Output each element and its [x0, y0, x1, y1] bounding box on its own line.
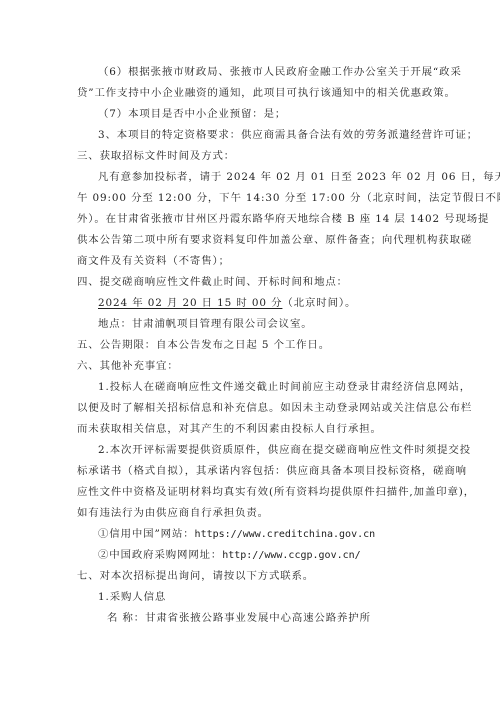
section-heading-3: 三、获取招标文件时间及方式： [77, 146, 439, 167]
paragraph-line: 而未获取相关信息，对其产生的不利因素由投标人自行承担。 [77, 419, 439, 440]
location-line: 地点：甘肃浦帆项目管理有限公司会议室。 [77, 314, 439, 335]
paragraph-line: 2.本次开评标需要提供资质原件，供应商在提交磋商响应性文件时须提交投 [77, 440, 439, 461]
ccgp-label: ②中国政府采购网网址： [98, 549, 222, 561]
paragraph-line: 3、本项目的特定资格要求：供应商需具备合法有效的劳务派遣经营许可证； [77, 125, 439, 146]
deadline-line: 2024 年 02 月 20 日 15 时 00 分（北京时间）。 [77, 293, 439, 314]
ccgp-line: ②中国政府采购网网址：http://www.ccgp.gov.cn/ [77, 545, 439, 566]
document-page: （6）根据张掖市财政局、张掖市人民政府金融工作办公室关于开展“政采 贷”工作支持… [0, 0, 500, 706]
paragraph-line: 如有违法行为由供应商自行承担负责。 [77, 503, 439, 524]
section-heading-7: 七、对本次招标提出询问，请按以下方式联系。 [77, 566, 439, 587]
paragraph-line: 凡有意参加投标者，请于 2024 年 02 月 01 日至 2023 年 02 … [77, 167, 439, 188]
paragraph-line: 应性文件中资格及证明材料均真实有效(所有资料均提供原件扫描件,加盖印章)， [77, 482, 439, 503]
paragraph-line: （6）根据张掖市财政局、张掖市人民政府金融工作办公室关于开展“政采 [77, 62, 439, 83]
paragraph-line: 1.投标人在磋商响应性文件递交截止时间前应主动登录甘肃经济信息网站， [77, 377, 439, 398]
paragraph-line: （7）本项目是否中小企业预留：是； [77, 104, 439, 125]
section-heading-4: 四、提交磋商响应性文件截止时间、开标时间和地点： [77, 272, 439, 293]
paragraph-line: 午 09:00 分至 12:00 分，下午 14:30 分至 17:00 分（北… [77, 188, 439, 209]
section-heading-6: 六、其他补充事宜： [77, 356, 439, 377]
purchaser-info-heading: 1.采购人信息 [77, 587, 439, 608]
paragraph-line: 贷”工作支持中小企业融资的通知，此项目可执行该通知中的相关优惠政策。 [77, 83, 439, 104]
creditchina-line: ①信用中国”网站：https://www.creditchina.gov.cn [77, 524, 439, 545]
paragraph-line: 供本公告第二项中所有要求资料复印件加盖公章、原件备查；向代理机构获取磋 [77, 230, 439, 251]
deadline-datetime: 2024 年 02 月 20 日 15 时 00 分 [98, 297, 282, 309]
ccgp-url[interactable]: http://www.ccgp.gov.cn/ [222, 550, 360, 561]
paragraph-line: 以便及时了解相关招标信息和补充信息。如因未主动登录网站或关注信息公布栏 [77, 398, 439, 419]
deadline-timezone: （北京时间）。 [282, 297, 356, 309]
document-body: （6）根据张掖市财政局、张掖市人民政府金融工作办公室关于开展“政采 贷”工作支持… [77, 62, 439, 629]
creditchina-label: ①信用中国”网站： [98, 528, 195, 540]
section-heading-5: 五、公告期限：自本公告发布之日起 5 个工作日。 [77, 335, 439, 356]
purchaser-name: 名 称：甘肃省张掖公路事业发展中心高速公路养护所 [77, 608, 439, 629]
paragraph-line: 标承诺书（格式自拟），其承诺内容包括：供应商具备本项目投标资格，磋商响 [77, 461, 439, 482]
creditchina-url[interactable]: https://www.creditchina.gov.cn [195, 529, 376, 540]
paragraph-line: 商文件及有关资料（不寄售）； [77, 251, 439, 272]
paragraph-line: 外）。在甘肃省张掖市甘州区丹霞东路华府天地综合楼 B 座 14 层 1402 号… [77, 209, 439, 230]
